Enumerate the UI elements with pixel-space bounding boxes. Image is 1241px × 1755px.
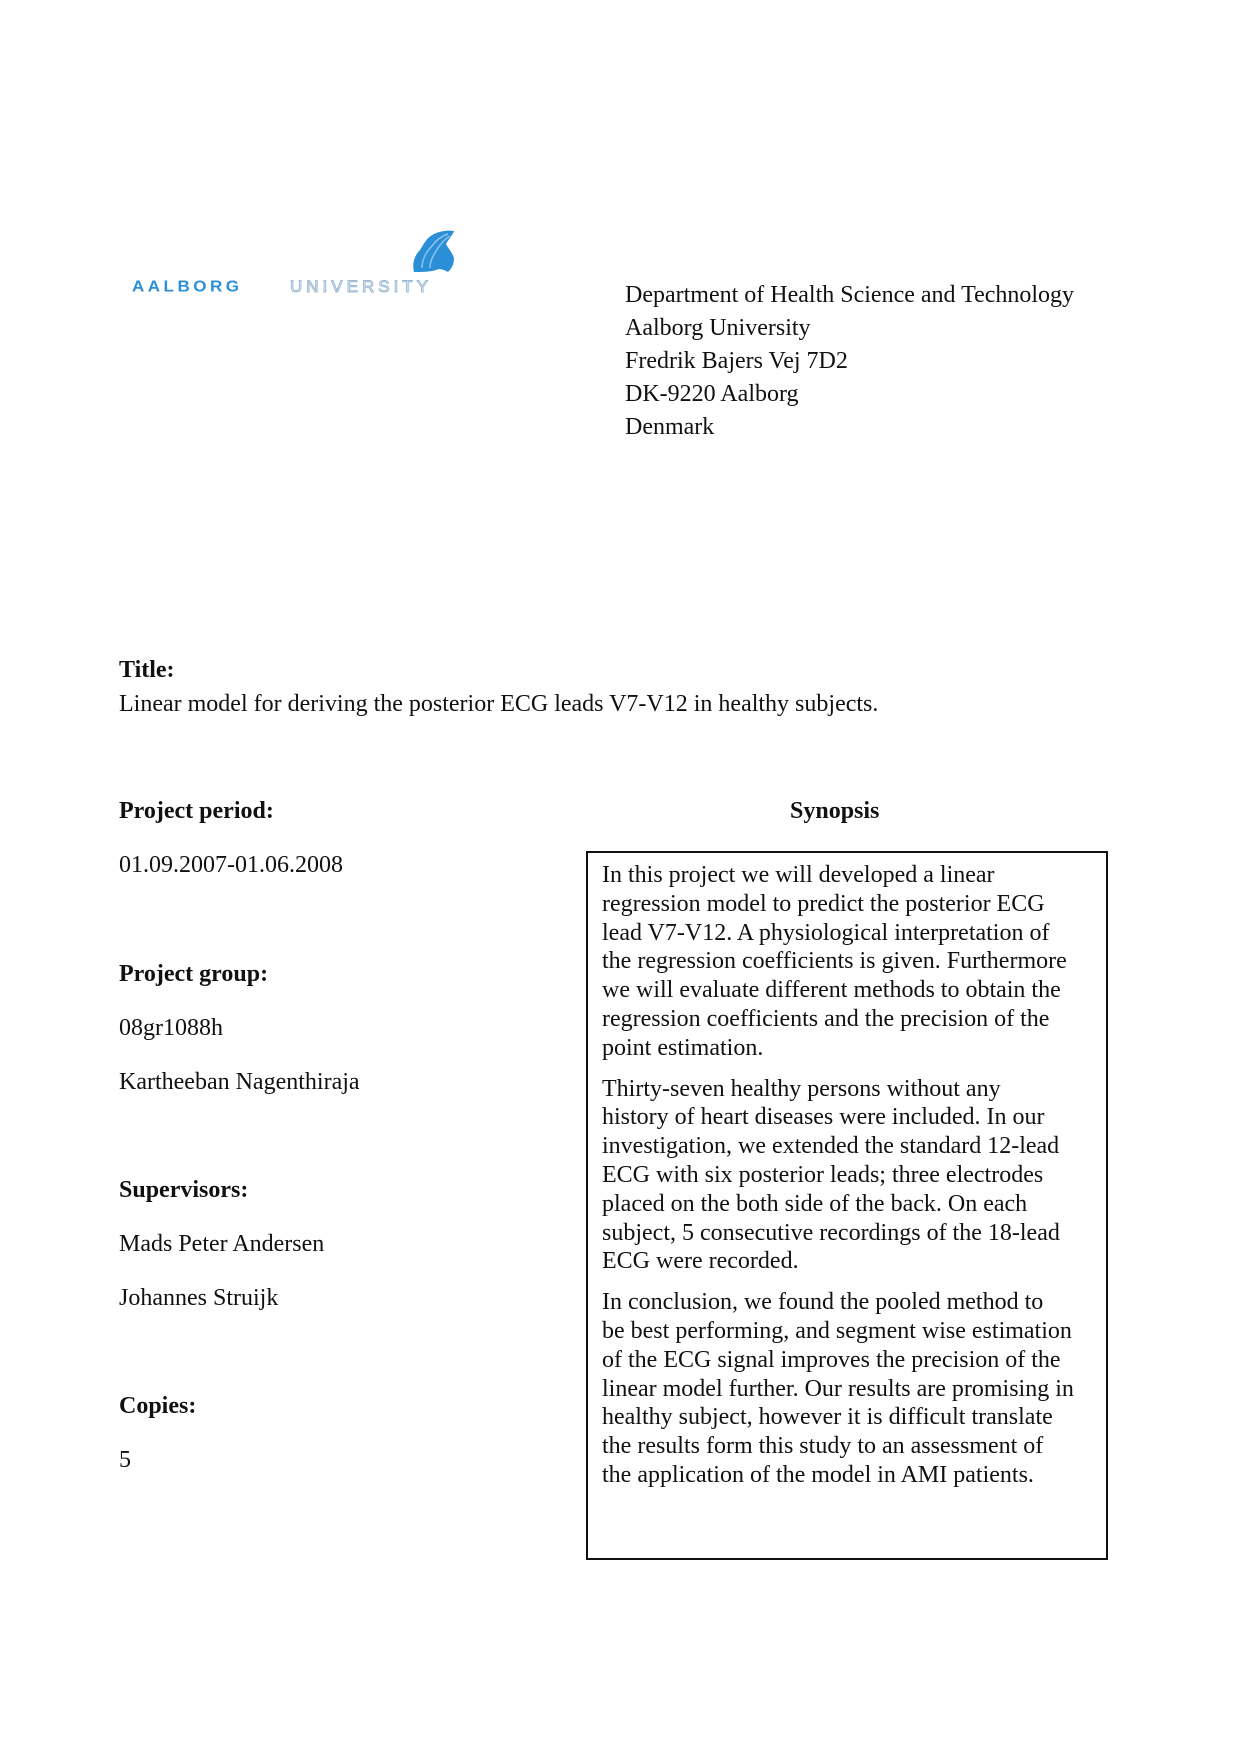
aalborg-logo-mark-icon (408, 228, 458, 274)
university-logo: AALBORG UNIVERSITY (130, 228, 490, 300)
project-period-value: 01.09.2007-01.06.2008 (119, 851, 343, 879)
supervisor-name: Johannes Struijk (119, 1284, 278, 1312)
title-label: Title: (119, 656, 175, 684)
logo-text-aalborg: AALBORG (132, 279, 242, 294)
address-line: Department of Health Science and Technol… (625, 279, 1074, 312)
synopsis-box: In this project we will developed a line… (586, 851, 1108, 1560)
address-line: DK-9220 Aalborg (625, 378, 1074, 411)
supervisors-label: Supervisors: (119, 1176, 248, 1204)
project-group-member: Kartheeban Nagenthiraja (119, 1068, 360, 1096)
address-line: Aalborg University (625, 312, 1074, 345)
project-title: Linear model for deriving the posterior … (119, 690, 878, 718)
synopsis-paragraph: In this project we will developed a line… (602, 861, 1094, 1063)
project-period-label: Project period: (119, 797, 274, 825)
copies-label: Copies: (119, 1392, 196, 1420)
address-line: Denmark (625, 411, 1074, 444)
supervisor-name: Mads Peter Andersen (119, 1230, 324, 1258)
department-address: Department of Health Science and Technol… (625, 279, 1074, 444)
copies-value: 5 (119, 1446, 131, 1474)
synopsis-paragraph: Thirty-seven healthy persons without any… (602, 1075, 1094, 1277)
synopsis-heading: Synopsis (790, 797, 879, 825)
logo-text-university: UNIVERSITY (290, 278, 432, 295)
synopsis-paragraph: In conclusion, we found the pooled metho… (602, 1288, 1094, 1490)
project-group-id: 08gr1088h (119, 1014, 223, 1042)
project-group-label: Project group: (119, 960, 268, 988)
address-line: Fredrik Bajers Vej 7D2 (625, 345, 1074, 378)
